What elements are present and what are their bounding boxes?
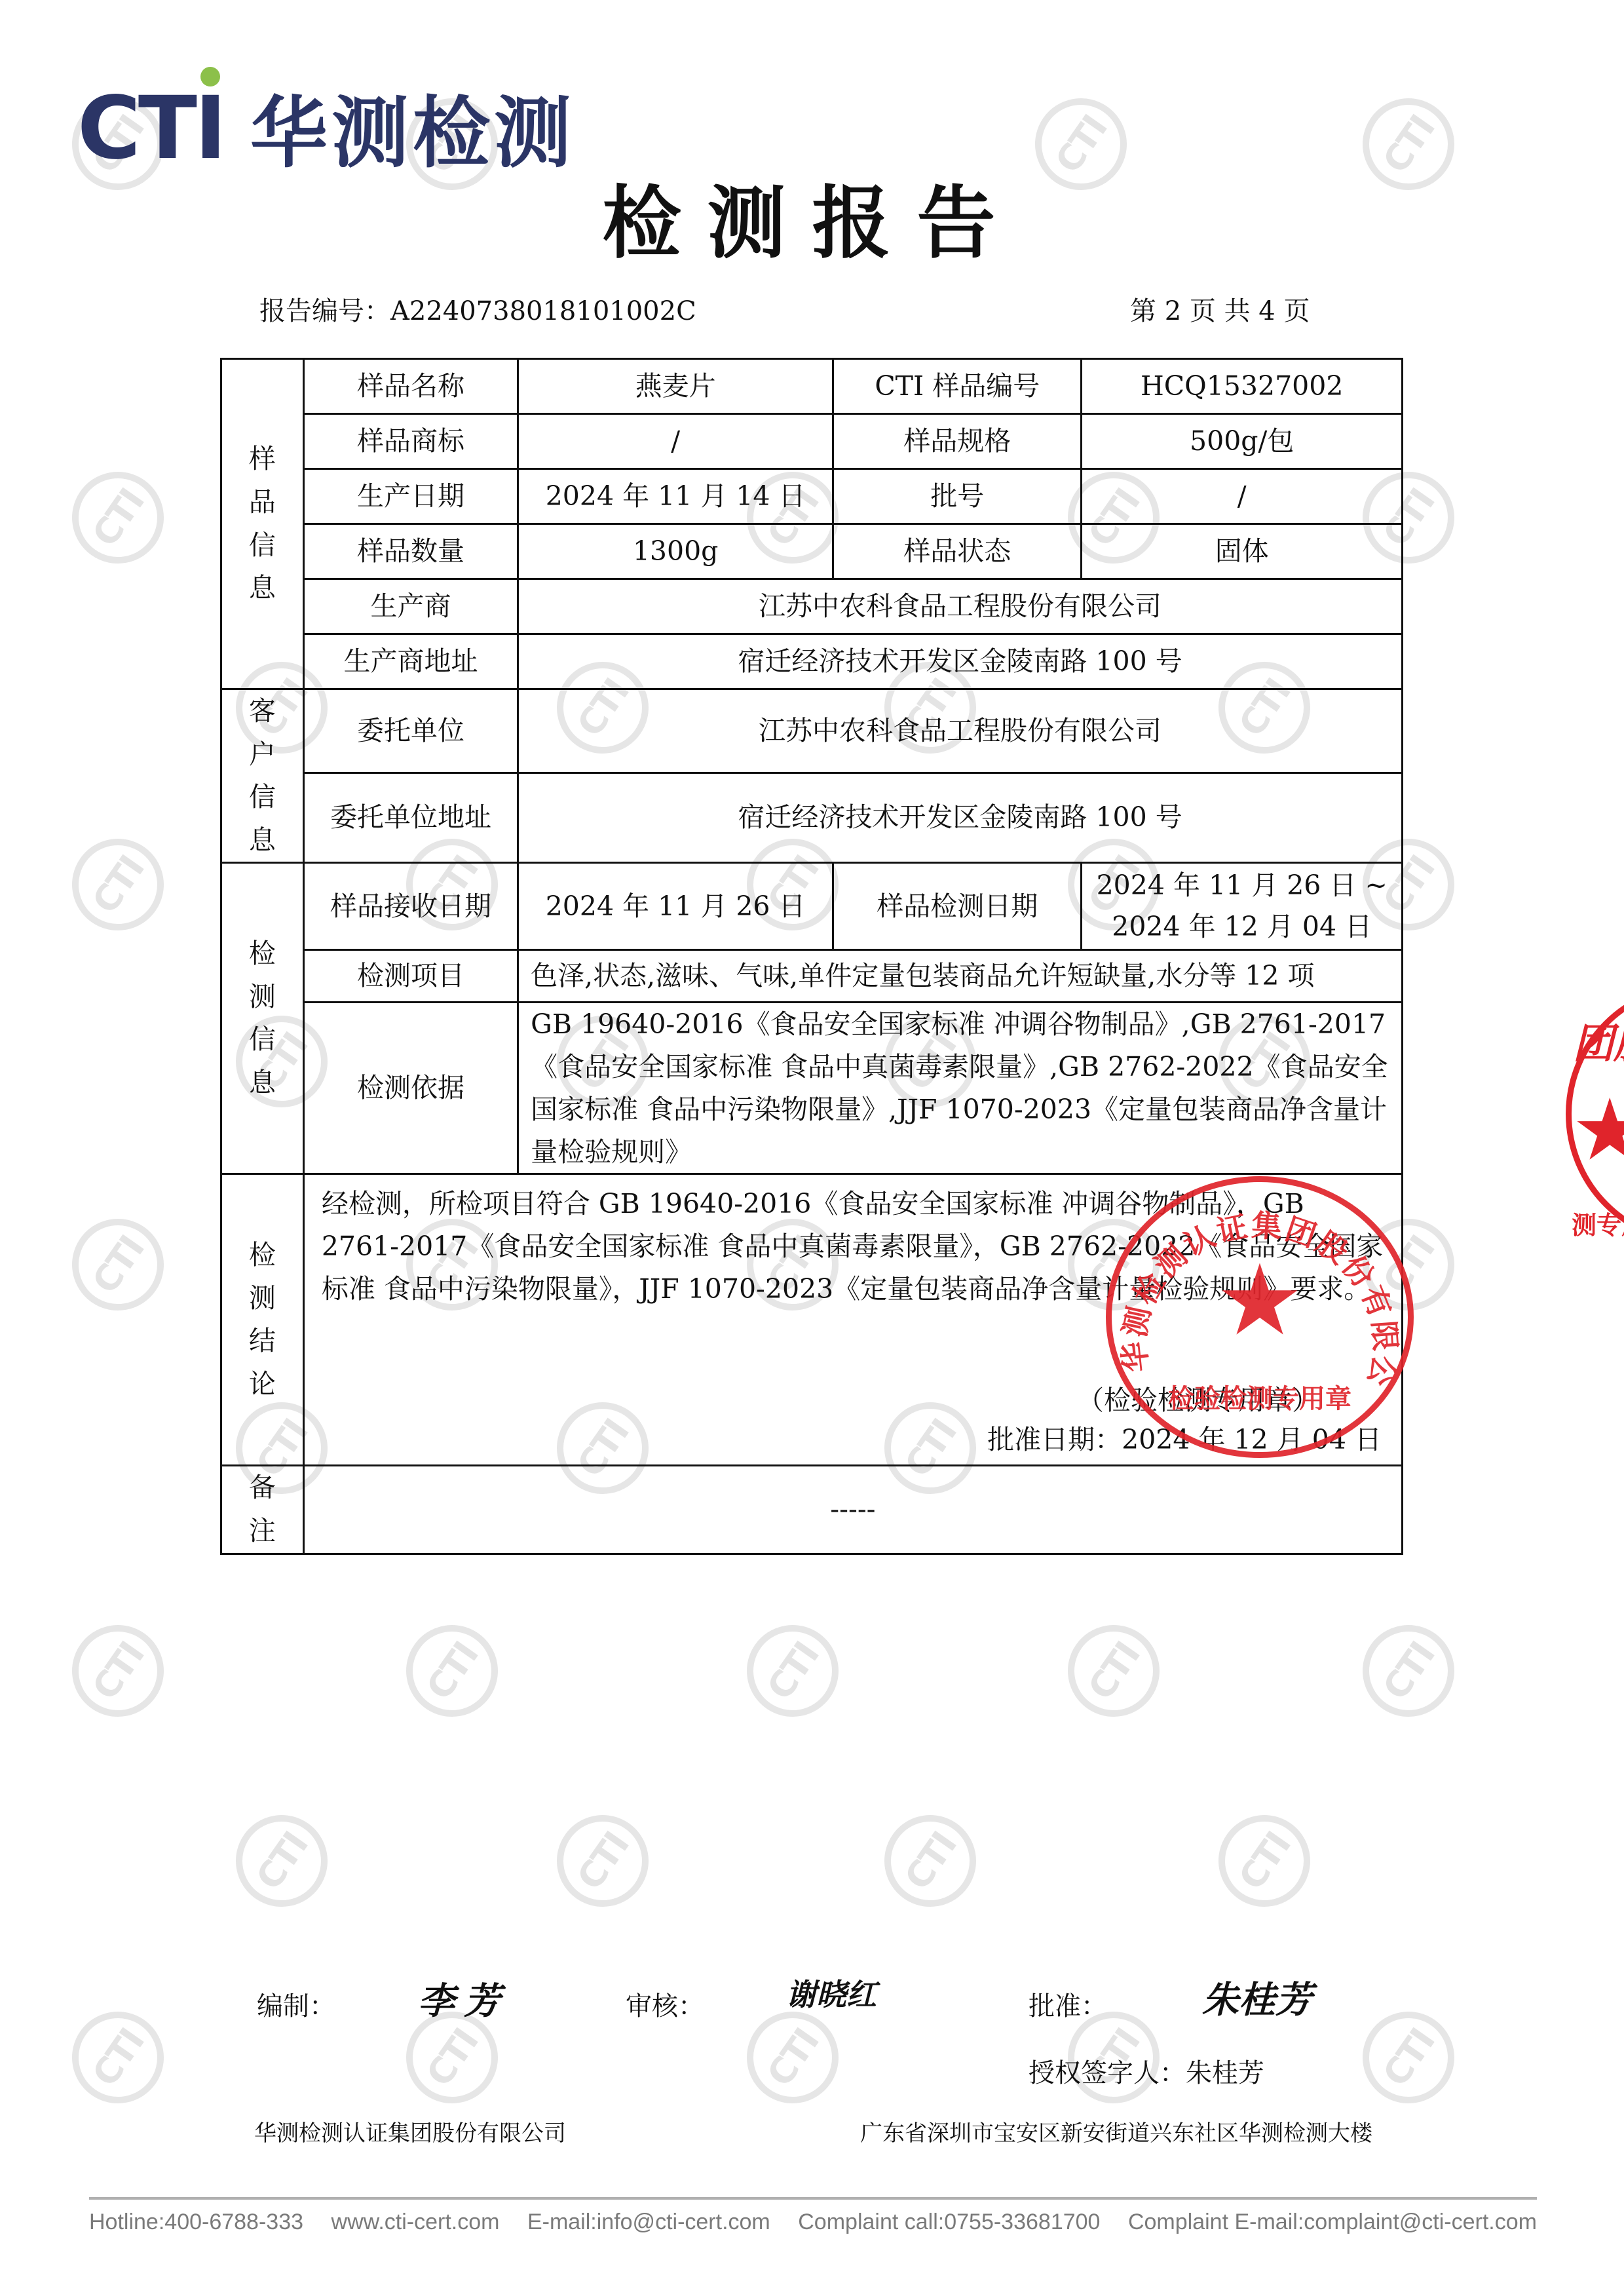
report-number-label: 报告编号： — [259, 296, 390, 326]
value-test-basis: GB 19640-2016《食品安全国家标准 冲调谷物制品》,GB 2761-2… — [518, 1003, 1403, 1174]
value-manufacturer-address: 宿迁经济技术开发区金陵南路 100 号 — [518, 634, 1403, 689]
section-label: 备注 — [249, 1466, 276, 1552]
complaint-email-link[interactable]: Complaint E-mail:complaint@cti-cert.com — [1128, 2210, 1537, 2235]
cti-watermark-icon: CTI — [729, 1607, 857, 1735]
approved-label: 批准： — [1029, 1985, 1107, 2023]
approved-signature: 朱桂芳 — [1202, 1971, 1312, 2023]
label-receive-date: 样品接收日期 — [303, 863, 518, 950]
footer-divider — [89, 2197, 1537, 2200]
test-date-start: 2024 年 11 月 26 日 ~ — [1090, 865, 1393, 907]
table-row: 样品商标 / 样品规格 500g/包 — [221, 414, 1403, 469]
footer-contact: Hotline:400-6788-333 www.cti-cert.com E-… — [89, 2210, 1537, 2235]
page-info: 第 2 页 共 4 页 — [1130, 290, 1310, 328]
cti-watermark-icon: CTI — [54, 1201, 182, 1329]
label-test-items: 检测项目 — [303, 950, 518, 1003]
logo-green-dot-icon — [200, 67, 220, 86]
label-test-date: 样品检测日期 — [833, 863, 1082, 950]
section-label: 检测信息 — [249, 932, 276, 1104]
section-sample-info: 样品信息 — [221, 359, 304, 689]
label-test-basis: 检测依据 — [303, 1003, 518, 1174]
label-manufacturer-address: 生产商地址 — [303, 634, 518, 689]
report-table: 样品信息 样品名称 燕麦片 CTI 样品编号 HCQ15327002 样品商标 … — [220, 358, 1403, 1555]
value-cti-sample-no: HCQ15327002 — [1082, 359, 1403, 414]
cti-watermark-icon: CTI — [54, 1994, 182, 2122]
hotline: Hotline:400-6788-333 — [89, 2210, 303, 2235]
complaint-call: Complaint call:0755-33681700 — [798, 2210, 1100, 2235]
value-manufacturer: 江苏中农科食品工程股份有限公司 — [518, 579, 1403, 634]
reviewed-signature: 谢晓红 — [786, 1971, 877, 2014]
value-state: 固体 — [1082, 524, 1403, 579]
table-row: 备注 ----- — [221, 1466, 1403, 1554]
footer-address: 广东省深圳市宝安区新安街道兴东社区华测检测大楼 — [860, 2115, 1372, 2147]
label-client-address: 委托单位地址 — [303, 773, 518, 863]
website-link[interactable]: www.cti-cert.com — [331, 2210, 500, 2235]
section-test-info: 检测信息 — [221, 863, 304, 1174]
cti-watermark-icon: CTI — [1050, 1607, 1178, 1735]
cti-watermark-icon: CTI — [1201, 1797, 1329, 1925]
value-batch: / — [1082, 469, 1403, 524]
cti-logo: CTI 华测检测 — [77, 60, 575, 172]
value-trademark: / — [518, 414, 833, 469]
table-row: 检测项目 色泽,状态,滋味、气味,单件定量包装商品允许短缺量,水分等 12 项 — [221, 950, 1403, 1003]
table-row: 检测结论 经检测，所检项目符合 GB 19640-2016《食品安全国家标准 冲… — [221, 1174, 1403, 1466]
section-label: 样品信息 — [249, 438, 276, 609]
label-spec: 样品规格 — [833, 414, 1082, 469]
value-receive-date: 2024 年 11 月 26 日 — [518, 863, 833, 950]
section-label: 客户信息 — [249, 690, 276, 862]
table-row: 检测依据 GB 19640-2016《食品安全国家标准 冲调谷物制品》,GB 2… — [221, 1003, 1403, 1174]
table-row: 样品信息 样品名称 燕麦片 CTI 样品编号 HCQ15327002 — [221, 359, 1403, 414]
value-test-date: 2024 年 11 月 26 日 ~ 2024 年 12 月 04 日 — [1082, 863, 1403, 950]
partial-seal-top-text: 团股 — [1573, 1011, 1624, 1069]
cti-watermark-icon: CTI — [54, 454, 182, 582]
value-client-unit: 江苏中农科食品工程股份有限公司 — [518, 689, 1403, 773]
reviewed-label: 审核： — [626, 1985, 704, 2023]
value-quantity: 1300g — [518, 524, 833, 579]
cti-watermark-icon: CTI — [1345, 1994, 1473, 2122]
value-sample-name: 燕麦片 — [518, 359, 833, 414]
table-row: 委托单位地址 宿迁经济技术开发区金陵南路 100 号 — [221, 773, 1403, 863]
authorized-signatory: 授权签字人：朱桂芳 — [1029, 2052, 1264, 2090]
table-row: 生产商地址 宿迁经济技术开发区金陵南路 100 号 — [221, 634, 1403, 689]
approval-date: 批准日期：2024 年 12 月 04 日 — [987, 1419, 1382, 1461]
test-date-end: 2024 年 12 月 04 日 — [1090, 906, 1393, 948]
report-number-value: A2240738018101002C — [390, 296, 696, 326]
conclusion-cell: 经检测，所检项目符合 GB 19640-2016《食品安全国家标准 冲调谷物制品… — [303, 1174, 1402, 1466]
value-remarks: ----- — [303, 1466, 1402, 1554]
email-link[interactable]: E-mail:info@cti-cert.com — [527, 2210, 770, 2235]
value-prod-date: 2024 年 11 月 14 日 — [518, 469, 833, 524]
label-cti-sample-no: CTI 样品编号 — [833, 359, 1082, 414]
section-remarks: 备注 — [221, 1466, 304, 1554]
prepared-signature: 李芳 — [418, 1972, 510, 2025]
label-client-unit: 委托单位 — [303, 689, 518, 773]
table-row: 生产商 江苏中农科食品工程股份有限公司 — [221, 579, 1403, 634]
label-batch: 批号 — [833, 469, 1082, 524]
seal-note: （检验检测专用章） — [1077, 1380, 1319, 1422]
report-number: 报告编号：A2240738018101002C — [259, 290, 696, 328]
cti-watermark-icon: CTI — [867, 1797, 994, 1925]
section-conclusion: 检测结论 — [221, 1174, 304, 1466]
cti-watermark-icon: CTI — [388, 1607, 516, 1735]
cti-watermark-icon: CTI — [54, 1607, 182, 1735]
cti-watermark-icon: CTI — [218, 1797, 346, 1925]
partial-seal-star-icon: ★ — [1572, 1087, 1624, 1172]
label-manufacturer: 生产商 — [303, 579, 518, 634]
cti-watermark-icon: CTI — [54, 821, 182, 949]
logo-cti-text: CTI — [77, 85, 224, 172]
partial-seal: 团股 ★ 测专用 — [1566, 983, 1624, 1245]
section-label: 检测结论 — [249, 1234, 276, 1406]
partial-seal-bottom-text: 测专用 — [1572, 1205, 1624, 1241]
label-quantity: 样品数量 — [303, 524, 518, 579]
page-title: 检测报告 — [0, 161, 1624, 273]
value-spec: 500g/包 — [1082, 414, 1403, 469]
footer-company: 华测检测认证集团股份有限公司 — [254, 2115, 566, 2147]
cti-watermark-icon: CTI — [1345, 1607, 1473, 1735]
label-sample-name: 样品名称 — [303, 359, 518, 414]
cti-watermark-icon: CTI — [539, 1797, 667, 1925]
prepared-label: 编制： — [257, 1985, 335, 2023]
table-row: 生产日期 2024 年 11 月 14 日 批号 / — [221, 469, 1403, 524]
table-row: 客户信息 委托单位 江苏中农科食品工程股份有限公司 — [221, 689, 1403, 773]
table-row: 样品数量 1300g 样品状态 固体 — [221, 524, 1403, 579]
section-client-info: 客户信息 — [221, 689, 304, 863]
label-prod-date: 生产日期 — [303, 469, 518, 524]
conclusion-text: 经检测，所检项目符合 GB 19640-2016《食品安全国家标准 冲调谷物制品… — [322, 1183, 1384, 1310]
label-state: 样品状态 — [833, 524, 1082, 579]
value-test-items: 色泽,状态,滋味、气味,单件定量包装商品允许短缺量,水分等 12 项 — [518, 950, 1403, 1003]
table-row: 检测信息 样品接收日期 2024 年 11 月 26 日 样品检测日期 2024… — [221, 863, 1403, 950]
label-trademark: 样品商标 — [303, 414, 518, 469]
value-client-address: 宿迁经济技术开发区金陵南路 100 号 — [518, 773, 1403, 863]
